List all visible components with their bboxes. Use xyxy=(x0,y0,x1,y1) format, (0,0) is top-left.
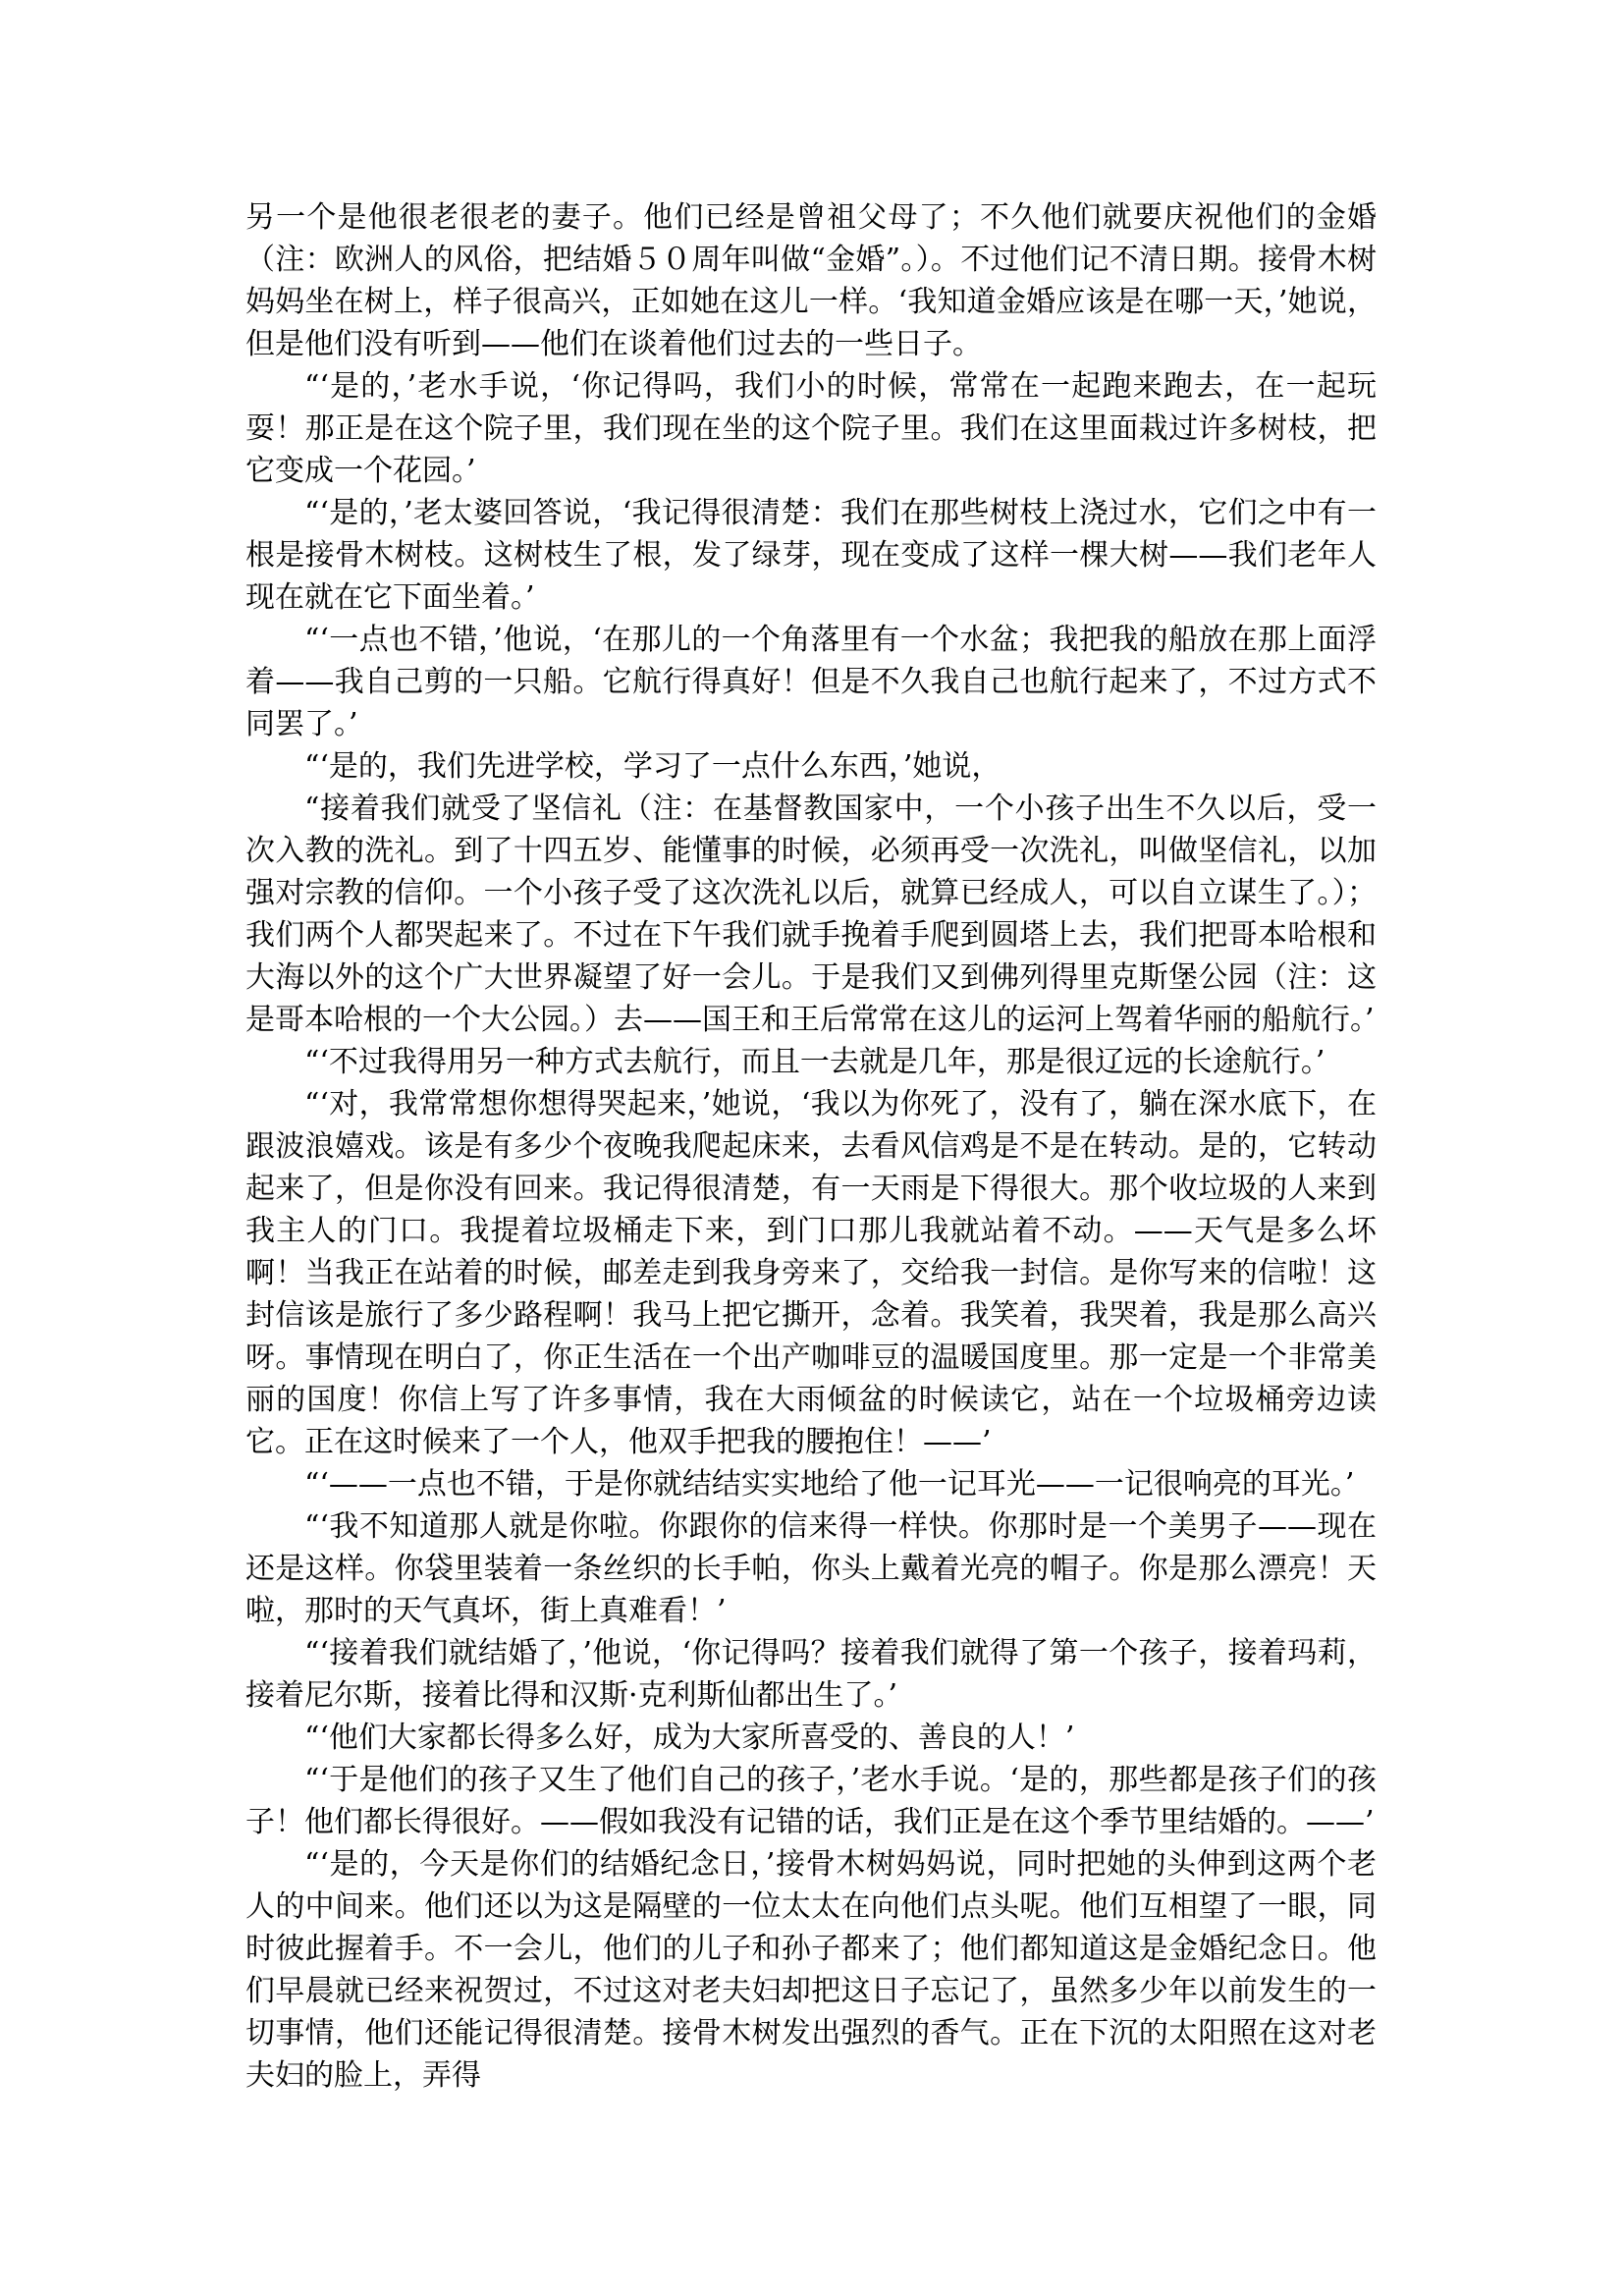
paragraph: “‘于是他们的孩子又生了他们自己的孩子，’老水手说。‘是的，那些都是孩子们的孩子… xyxy=(245,1759,1377,1843)
paragraph: “‘是的，我们先进学校，学习了一点什么东西，’她说， xyxy=(245,745,1377,788)
paragraph: “‘是的，’老太婆回答说，‘我记得很清楚：我们在那些树枝上浇过水，它们之中有一根… xyxy=(245,492,1377,619)
paragraph: “‘是的，今天是你们的结婚纪念日，’接骨木树妈妈说，同时把她的头伸到这两个老人的… xyxy=(245,1843,1377,2097)
paragraph: “‘——一点也不错，于是你就结结实实地给了他一记耳光——一记很响亮的耳光。’ xyxy=(245,1463,1377,1505)
paragraph: “接着我们就受了坚信礼（注：在基督教国家中，一个小孩子出生不久以后，受一次入教的… xyxy=(245,788,1377,1041)
paragraph: “‘对，我常常想你想得哭起来，’她说，‘我以为你死了，没有了，躺在深水底下，在跟… xyxy=(245,1083,1377,1463)
paragraph: “‘我不知道那人就是你啦。你跟你的信来得一样快。你那时是一个美男子——现在还是这… xyxy=(245,1505,1377,1632)
story-text: 另一个是他很老很老的妻子。他们已经是曾祖父母了；不久他们就要庆祝他们的金婚（注：… xyxy=(245,196,1377,2097)
paragraph: “‘是的，’老水手说，‘你记得吗，我们小的时候，常常在一起跑来跑去，在一起玩耍！… xyxy=(245,365,1377,492)
paragraph: “‘他们大家都长得多么好，成为大家所喜受的、善良的人！’ xyxy=(245,1717,1377,1759)
paragraph: “‘接着我们就结婚了，’他说，‘你记得吗？接着我们就得了第一个孩子，接着玛莉，接… xyxy=(245,1632,1377,1717)
paragraph: “‘不过我得用另一种方式去航行，而且一去就是几年，那是很辽远的长途航行。’ xyxy=(245,1041,1377,1083)
paragraph: “‘一点也不错，’他说，‘在那儿的一个角落里有一个水盆；我把我的船放在那上面浮着… xyxy=(245,619,1377,745)
document-page: 另一个是他很老很老的妻子。他们已经是曾祖父母了；不久他们就要庆祝他们的金婚（注：… xyxy=(0,0,1623,2296)
paragraph: 另一个是他很老很老的妻子。他们已经是曾祖父母了；不久他们就要庆祝他们的金婚（注：… xyxy=(245,196,1377,365)
